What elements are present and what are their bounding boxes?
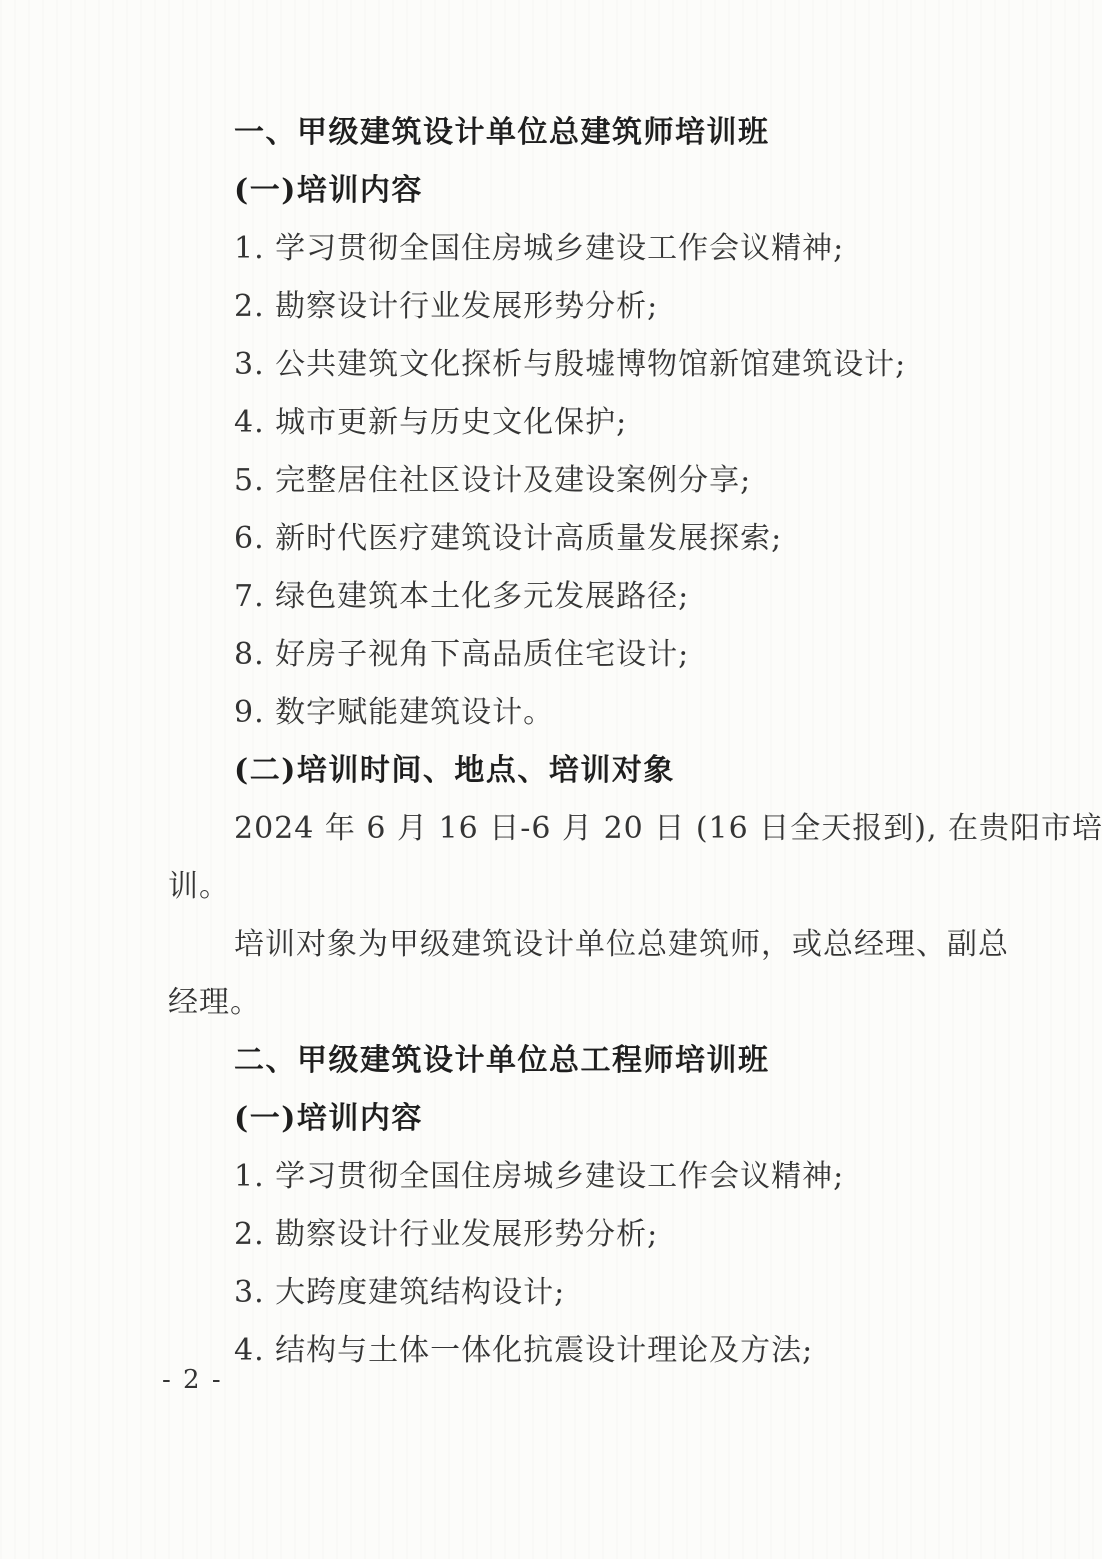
document-page: 一、甲级建筑设计单位总建筑师培训班 (一)培训内容 1. 学习贯彻全国住房城乡建… xyxy=(0,0,1102,1559)
paragraph-line: 培训对象为甲级建筑设计单位总建筑师，或总经理、副总 xyxy=(168,916,972,974)
list-item: 1. 学习贯彻全国住房城乡建设工作会议精神; xyxy=(168,1148,972,1206)
list-item: 5. 完整居住社区设计及建设案例分享; xyxy=(168,452,972,510)
list-item: 6. 新时代医疗建筑设计高质量发展探索; xyxy=(168,510,972,568)
list-item: 3. 公共建筑文化探析与殷墟博物馆新馆建筑设计; xyxy=(168,336,972,394)
document-content: 一、甲级建筑设计单位总建筑师培训班 (一)培训内容 1. 学习贯彻全国住房城乡建… xyxy=(0,0,1102,1380)
section-1-sub-2-heading: (二)培训时间、地点、培训对象 xyxy=(168,742,972,800)
list-item: 3. 大跨度建筑结构设计; xyxy=(168,1264,972,1322)
section-2-title: 二、甲级建筑设计单位总工程师培训班 xyxy=(168,1032,972,1090)
list-item: 2. 勘察设计行业发展形势分析; xyxy=(168,278,972,336)
list-item: 7. 绿色建筑本土化多元发展路径; xyxy=(168,568,972,626)
section-1-sub-1-heading: (一)培训内容 xyxy=(168,162,972,220)
section-1-title: 一、甲级建筑设计单位总建筑师培训班 xyxy=(168,104,972,162)
list-item: 9. 数字赋能建筑设计。 xyxy=(168,684,972,742)
list-item: 8. 好房子视角下高品质住宅设计; xyxy=(168,626,972,684)
list-item: 1. 学习贯彻全国住房城乡建设工作会议精神; xyxy=(168,220,972,278)
paragraph-line: 经理。 xyxy=(168,974,972,1032)
page-number: - 2 - xyxy=(162,1362,223,1398)
section-2-sub-1-heading: (一)培训内容 xyxy=(168,1090,972,1148)
paragraph-line: 2024 年 6 月 16 日-6 月 20 日 (16 日全天报到), 在贵阳… xyxy=(168,800,972,858)
list-item: 4. 结构与土体一体化抗震设计理论及方法; xyxy=(168,1322,972,1380)
list-item: 2. 勘察设计行业发展形势分析; xyxy=(168,1206,972,1264)
paragraph-line: 训。 xyxy=(168,858,972,916)
list-item: 4. 城市更新与历史文化保护; xyxy=(168,394,972,452)
